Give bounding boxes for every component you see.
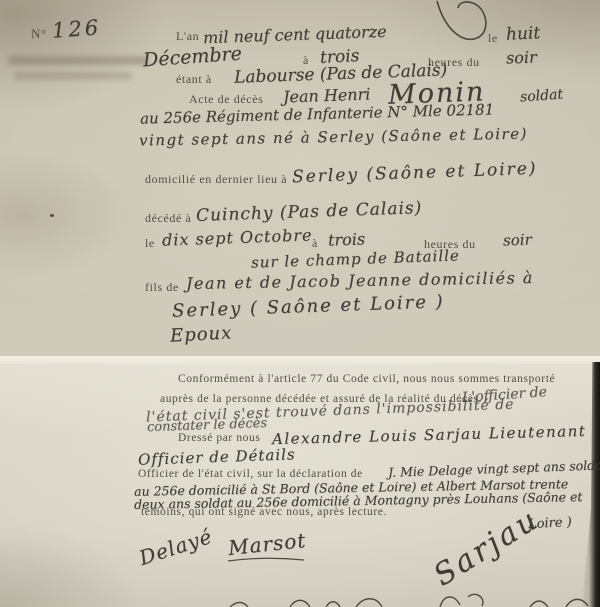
drawn-label: Dressé par nous <box>178 432 260 444</box>
ink-speck <box>50 214 54 217</box>
parents-label: fils de <box>145 280 179 295</box>
act-number: 126 <box>51 15 102 42</box>
cutoff-handwriting <box>230 594 600 607</box>
pen-flourish <box>425 0 515 50</box>
death-certificate-scan: N° 126 L'an mil neuf cent quatorze le hu… <box>0 0 600 607</box>
deceased-rank: soldat <box>519 87 563 106</box>
day-label: le <box>488 31 498 46</box>
marital-status: Epoux <box>169 322 232 346</box>
declaration-label: Officier de l'état civil, sur la déclara… <box>138 468 363 480</box>
closing-line: témoins, qui ont signé avec nous, après … <box>141 506 387 518</box>
place-label: étant à <box>176 72 212 87</box>
death-hour-value: trois <box>328 229 366 249</box>
ink-bleedthrough <box>8 56 148 65</box>
signature-underline <box>226 556 306 564</box>
act-number-label: N° <box>31 26 47 42</box>
death-place-label: décédé à <box>145 211 191 226</box>
ink-bleedthrough <box>14 72 132 80</box>
domicile-label: domicilié en dernier lieu à <box>145 172 287 187</box>
death-period-value: soir <box>503 231 532 250</box>
death-at-label: à <box>312 236 318 251</box>
period-value: soir <box>506 47 537 67</box>
day-value: huit <box>506 23 541 45</box>
year-label: L'an <box>176 29 199 44</box>
death-day-label: le <box>145 236 155 251</box>
certification-line1: Conformément à l'article 77 du Code civi… <box>178 373 555 385</box>
act-label: Acte de décès <box>189 92 263 107</box>
page-divider <box>0 356 600 364</box>
